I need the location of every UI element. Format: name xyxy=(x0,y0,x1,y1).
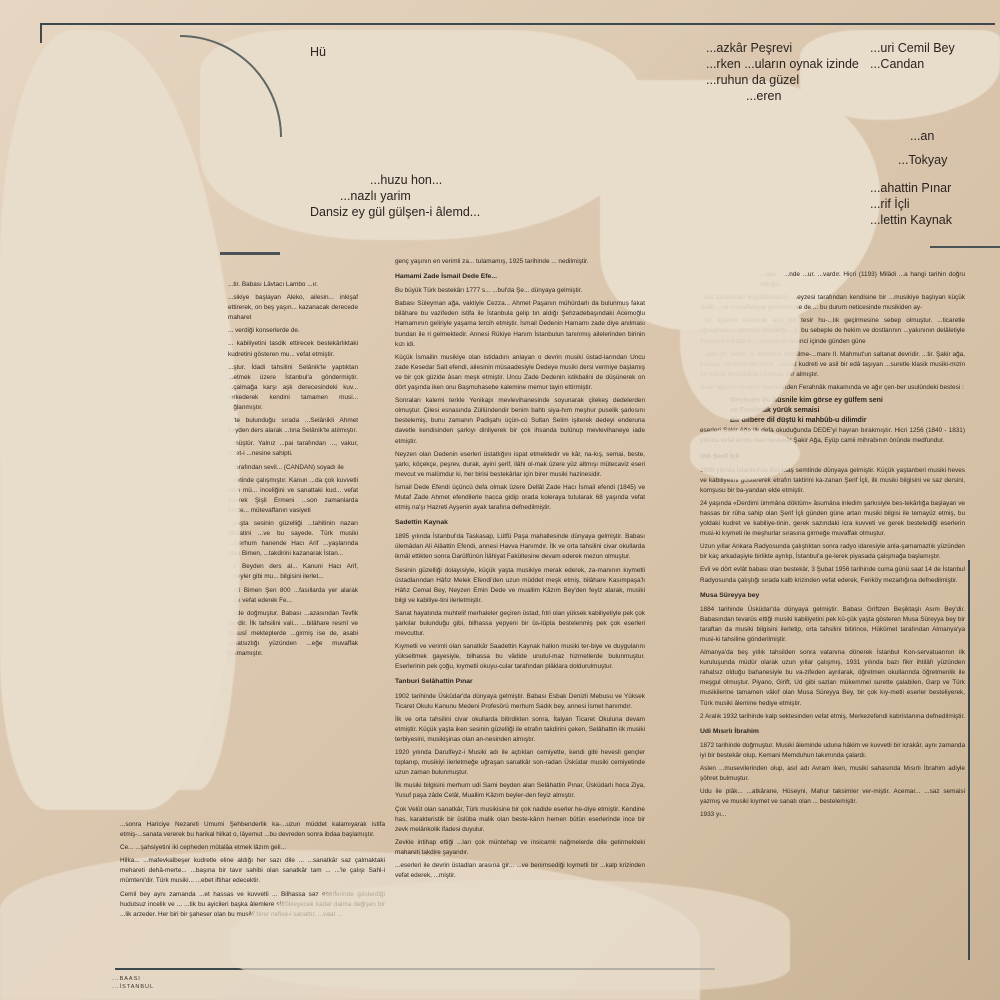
publisher-footer: ...BAASI ...İSTANBUL xyxy=(112,975,154,991)
verse-line: ve Ferahnâk yürük semaisi xyxy=(700,406,965,416)
biography-section: Udi Mısırlı İbrahim1872 tarihinde doğmuş… xyxy=(700,727,965,821)
paragraph: ...nde doğmuştur. Babası ...azasından Te… xyxy=(228,609,358,659)
paragraph: ...'te bulunduğu sırada ...Selânikli Ahm… xyxy=(228,416,358,436)
section-title: Tanburi Selâhattin Pınar xyxy=(395,677,645,687)
paragraph: Ce... ...şahsiyetini iki cepheden mütalâ… xyxy=(120,843,385,853)
biography-sections: Hamami Zade İsmail Dede Efe...Bu büyük T… xyxy=(395,272,645,881)
paragraph: Evli ve dört evlât babası olan bestekâr,… xyxy=(700,565,965,585)
lyric-heading-text: Hü xyxy=(310,45,326,59)
section-title: Hamami Zade İsmail Dede Efe... xyxy=(395,272,645,282)
biography-section: Musa Süreyya bey1884 tarihinde Üsküdar'd… xyxy=(700,591,965,722)
paragraph: Aslen ...musevilerinden olup, asıl adı A… xyxy=(700,764,965,784)
border-line-right xyxy=(968,560,970,960)
paragraph: Babası Süleyman ağa, vaktiyle Cezza... A… xyxy=(395,299,645,349)
paragraph: eserleri Şakir Ağa ilk defa okuduğunda D… xyxy=(700,426,965,446)
border-line-top xyxy=(40,23,995,25)
performer-list: ...uri Cemil Bey ...Candan ...an ...Toky… xyxy=(870,40,955,228)
column-intro: genç yaşının en verimli za... tulamamış,… xyxy=(395,257,645,267)
paragraph: Udu ile plâk... ...atkârane, Hüseyni, Ma… xyxy=(700,787,965,807)
border-line-bottom xyxy=(115,968,715,970)
paragraph: Sesinin güzelliği dolayısiyle, küçük yaş… xyxy=(395,566,645,606)
paragraph: 1902 tarihinde Üsküdar'da dünyaya gelmiş… xyxy=(395,692,645,712)
paragraph: İlk ve orta tahsilini civar okullarda bi… xyxy=(395,715,645,745)
lyrics-right-top: ...azkâr Peşrevi ...rken ...uların oynak… xyxy=(706,40,859,104)
section-title: Sadettin Kaynak xyxy=(395,518,645,528)
biography-section: Tanburi Selâhattin Pınar1902 tarihinde Ü… xyxy=(395,677,645,881)
paragraph: 1899 yılında İstanbul'da Beşiktaş semtin… xyxy=(700,466,965,496)
paragraph: Neyzen olan Dedenin eserleri üstatlığını… xyxy=(395,450,645,480)
lyric-line: Dansiz ey gül gülşen-i âlemd... xyxy=(310,204,480,220)
paragraph: Zevkle intihap ettiği ...ları çok münteh… xyxy=(395,838,645,858)
paragraph: İlk musiki bilgisini merhum udi Sami bey… xyxy=(395,781,645,801)
performer-name: ...lettin Kaynak xyxy=(870,212,955,228)
paragraph: Küçük İsmailin musikiye olan istidadını … xyxy=(395,353,645,393)
biography-column-3: ...dan... ...nde ...ur. ...vardır. Hicri… xyxy=(700,270,965,824)
paragraph: 1933 yı... xyxy=(700,810,965,820)
paragraph: Şakir ağa'nın meşhur eserlerinden Ferahn… xyxy=(700,383,965,393)
biography-column-4: ...sonra Hariciye Nezareti Umumi Şehbend… xyxy=(120,820,385,923)
section-title: Musa Süreyya bey xyxy=(700,591,965,601)
paragraph: Çok Velût olan sanatkâr, Türk musikisine… xyxy=(395,805,645,835)
section-rule xyxy=(220,252,280,255)
lyrics-left: ...huzu hon... ...nazlı yarim Dansiz ey … xyxy=(310,172,480,220)
paragraph: ...tir. Babası Lâvtacı Lambo ...ır. xyxy=(228,280,358,290)
paragraph: ...müştür. Yalnız ...pai tarafından ...,… xyxy=(228,439,358,459)
paragraph: ...yaşta sesinin güzelliği ...tahitinin … xyxy=(228,519,358,559)
section-title: Udi Şerif İçli xyxy=(700,452,965,462)
paragraph: Almanya'da beş yıllık tahsilden sonra va… xyxy=(700,648,965,709)
paragraph: Sanat hayatında muhtelif merhaleler geçi… xyxy=(395,609,645,639)
border-line-left xyxy=(40,23,42,43)
paragraph: ...sikiye başlayan Aleko, ailesin... ink… xyxy=(228,293,358,323)
paragraph: Sonraları kalemi terkle Yenikapı mevlevi… xyxy=(395,396,645,446)
footer-line: ...BAASI xyxy=(112,975,154,983)
paragraph: Cemil bey aynı zamanda ...et hassas ve k… xyxy=(120,890,385,920)
paragraph: Hilka... ...mafevkalbeşer kudretle eline… xyxy=(120,856,385,886)
paragraph: ...eserleri ile devrin üstadları arasına… xyxy=(395,861,645,881)
biography-section: Hamami Zade İsmail Dede Efe...Bu büyük T… xyxy=(395,272,645,513)
paragraph: 1884 tarihinde Üsküdar'da dünyaya gelmiş… xyxy=(700,605,965,645)
paragraph: ...kir ağa'nın üzerinde aksi bir tesir h… xyxy=(700,316,965,346)
performer-name: ...uri Cemil Bey xyxy=(870,40,955,56)
paragraph: 24 yaşında «Derdimi ümmâna döktüm» âsumâ… xyxy=(700,499,965,539)
paragraph: ... verdiği konserlerde de. xyxy=(228,326,358,336)
paragraph: ...sonra Hariciye Nezareti Umumi Şehbend… xyxy=(120,820,385,840)
biography-column-2: genç yaşının en verimli za... tulamamış,… xyxy=(395,257,645,884)
paragraph: 1920 yılında Darulfeyz-i Musiki adı ile … xyxy=(395,748,645,778)
paragraph: Uzun yıllar Ankara Radyosunda çalıştıkta… xyxy=(700,542,965,562)
section-title: Udi Mısırlı İbrahim xyxy=(700,727,965,737)
verse-block: Meyleder bu hüsnile kim görse ey gülfem … xyxy=(700,396,965,426)
paragraph: ...esi tarafından büyütülmüştür. ...eyze… xyxy=(700,293,965,313)
paragraph: ...olan (III. Selim, II. Mahmut, Abdülme… xyxy=(700,350,965,380)
paragraph-group: ...esi tarafından büyütülmüştür. ...eyze… xyxy=(700,293,965,393)
footer-line: ...İSTANBUL xyxy=(112,983,154,991)
paragraph: ...ed Bimen Şen 800 ...fasıllarda yer al… xyxy=(228,586,358,606)
verse-line: Bir dilbere dil düştü ki mahbûb-u dilimd… xyxy=(700,416,965,426)
performer-name: ...Candan xyxy=(870,56,955,72)
biography-sections: Udi Şerif İçli1899 yılında İstanbul'da B… xyxy=(700,452,965,821)
lyric-line: ...rken ...uların oynak izinde xyxy=(706,56,859,72)
paragraph: ...if Beyden ders al... Kanuni Hacı Arif… xyxy=(228,562,358,582)
lyric-line: ...huzu hon... xyxy=(310,172,480,188)
performer-name: ...ahattin Pınar xyxy=(870,180,955,196)
lyric-line: ...nazlı yarim xyxy=(310,188,480,204)
biography-column-1: ...tir. Babası Lâvtacı Lambo ...ır....si… xyxy=(228,280,358,662)
paragraph: İsmail Dede Efendi üçüncü defa olmak üze… xyxy=(395,483,645,513)
performer-name: ...rif İçli xyxy=(870,196,955,212)
performer-name: ...Tokyay xyxy=(870,152,955,168)
paragraph: ...tarafından sevil... (CANDAN) soyadı i… xyxy=(228,463,358,473)
lyric-line: ...ruhun da güzel xyxy=(706,72,859,88)
lyric-line: ...eren xyxy=(706,88,859,104)
lyric-heading-fragment: Hü xyxy=(310,44,326,60)
paragraph: Kıymetli ve verimli olan sanatkâr Saadet… xyxy=(395,642,645,672)
lyric-line: ...azkâr Peşrevi xyxy=(706,40,859,56)
column-intro: ...dan... ...nde ...ur. ...vardır. Hicri… xyxy=(700,270,965,290)
paragraph: 1895 yılında İstanbul'da Taskasap, Lütfü… xyxy=(395,532,645,562)
section-rule-right xyxy=(930,246,1000,248)
paragraph: 2 Aralık 1932 tarihinde kalp sektesinden… xyxy=(700,712,965,722)
paragraph: Bu büyük Türk bestekârı 1777 s... ...bul… xyxy=(395,286,645,296)
performer-name: ...an xyxy=(870,128,955,144)
verse-line: Meyleder bu hüsnile kim görse ey gülfem … xyxy=(700,396,965,406)
paragraph: ... kabiliyetini tasdik ettirecek bestek… xyxy=(228,339,358,359)
paragraph: ...ştur. İdadi tahsilini Selânik'te yapt… xyxy=(228,363,358,413)
paragraph: ...vetinde çalışmıştır. Kanun ...da çok … xyxy=(228,476,358,516)
biography-section: Udi Şerif İçli1899 yılında İstanbul'da B… xyxy=(700,452,965,586)
biography-section: Sadettin Kaynak1895 yılında İstanbul'da … xyxy=(395,518,645,672)
paragraph: 1872 tarihinde doğmuştur. Musiki âlemind… xyxy=(700,741,965,761)
